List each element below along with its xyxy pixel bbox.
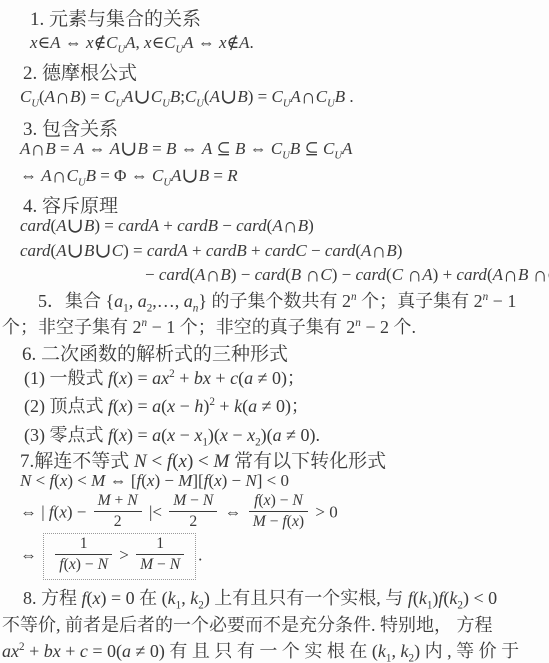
item6-heading: 6. 二次函数的解析式的三种形式 [22, 339, 288, 366]
item8-text-line1: 8. 方程 f(x) = 0 在 (k1, k2) 上有且只有一个实根, 与 f… [23, 584, 497, 612]
item2-formula: CU(A∩B) = CUA∪CUB;CU(A∪B) = CUA∩CUB . [20, 87, 354, 109]
item7-formula-1: N < f(x) < M ⇔ [f(x) − M][f(x) − N] < 0 [20, 471, 289, 491]
item3-formula-2: ⇔ A∩CUB = Φ ⇔ CUA∪B = R [20, 166, 238, 188]
item4-formula-3: − card(A∩B) − card(B ∩C) − card(C ∩A) + … [145, 265, 549, 286]
item7-formula-2: ⇔ | f(x) − M + N2 |< M − N2 ⇔ f(x) − NM … [20, 494, 338, 533]
item3-heading: 3. 包含关系 [23, 114, 118, 141]
item5-text-line1: 5．集合 {a1, a2,…, an} 的子集个数共有 2n 个；真子集有 2n… [38, 287, 516, 315]
item4-formula-2: card(A∪B∪C) = cardA + cardB + cardC − ca… [20, 241, 402, 262]
item7-heading: 7.解连不等式 N < f(x) < M 常有以下转化形式 [20, 446, 386, 473]
item8-text-line3: ax2 + bx + c = 0(a ≠ 0) 有 且 只 有 一 个 实 根 … [2, 637, 519, 663]
item8-text-line2: 不等价, 前者是后者的一个必要而不是充分条件. 特别地， 方程 [2, 611, 493, 637]
item4-formula-1: card(A∪B) = cardA + cardB − card(A∩B) [20, 216, 314, 237]
math-notes-page: 1. 元素与集合的关系 x∈A ⇔ x∉CUA, x∈CUA ⇔ x∉A. 2.… [0, 0, 549, 663]
item1-formula: x∈A ⇔ x∉CUA, x∈CUA ⇔ x∉A. [30, 33, 254, 55]
item5-text-line2: 个；非空子集有 2n − 1 个；非空的真子集有 2n − 2 个. [2, 313, 416, 339]
item3-formula-1: A∩B = A ⇔ A∪B = B ⇔ A ⊆ B ⇔ CUB ⊆ CUA [20, 139, 352, 161]
item7-formula-3: ⇔ 1f(x) − N > 1M − N. [20, 533, 202, 580]
item2-heading: 2. 德摩根公式 [23, 58, 137, 85]
item6-vertex-form: (2) 顶点式 f(x) = a(x − h)2 + k(a ≠ 0)； [24, 392, 309, 418]
item4-heading: 4. 容斥原理 [23, 191, 118, 218]
item6-general-form: (1) 一般式 f(x) = ax2 + bx + c(a ≠ 0)； [24, 364, 305, 390]
item1-heading: 1. 元素与集合的关系 [30, 4, 201, 31]
item6-zero-form: (3) 零点式 f(x) = a(x − x1)(x − x2)(a ≠ 0). [24, 421, 320, 449]
